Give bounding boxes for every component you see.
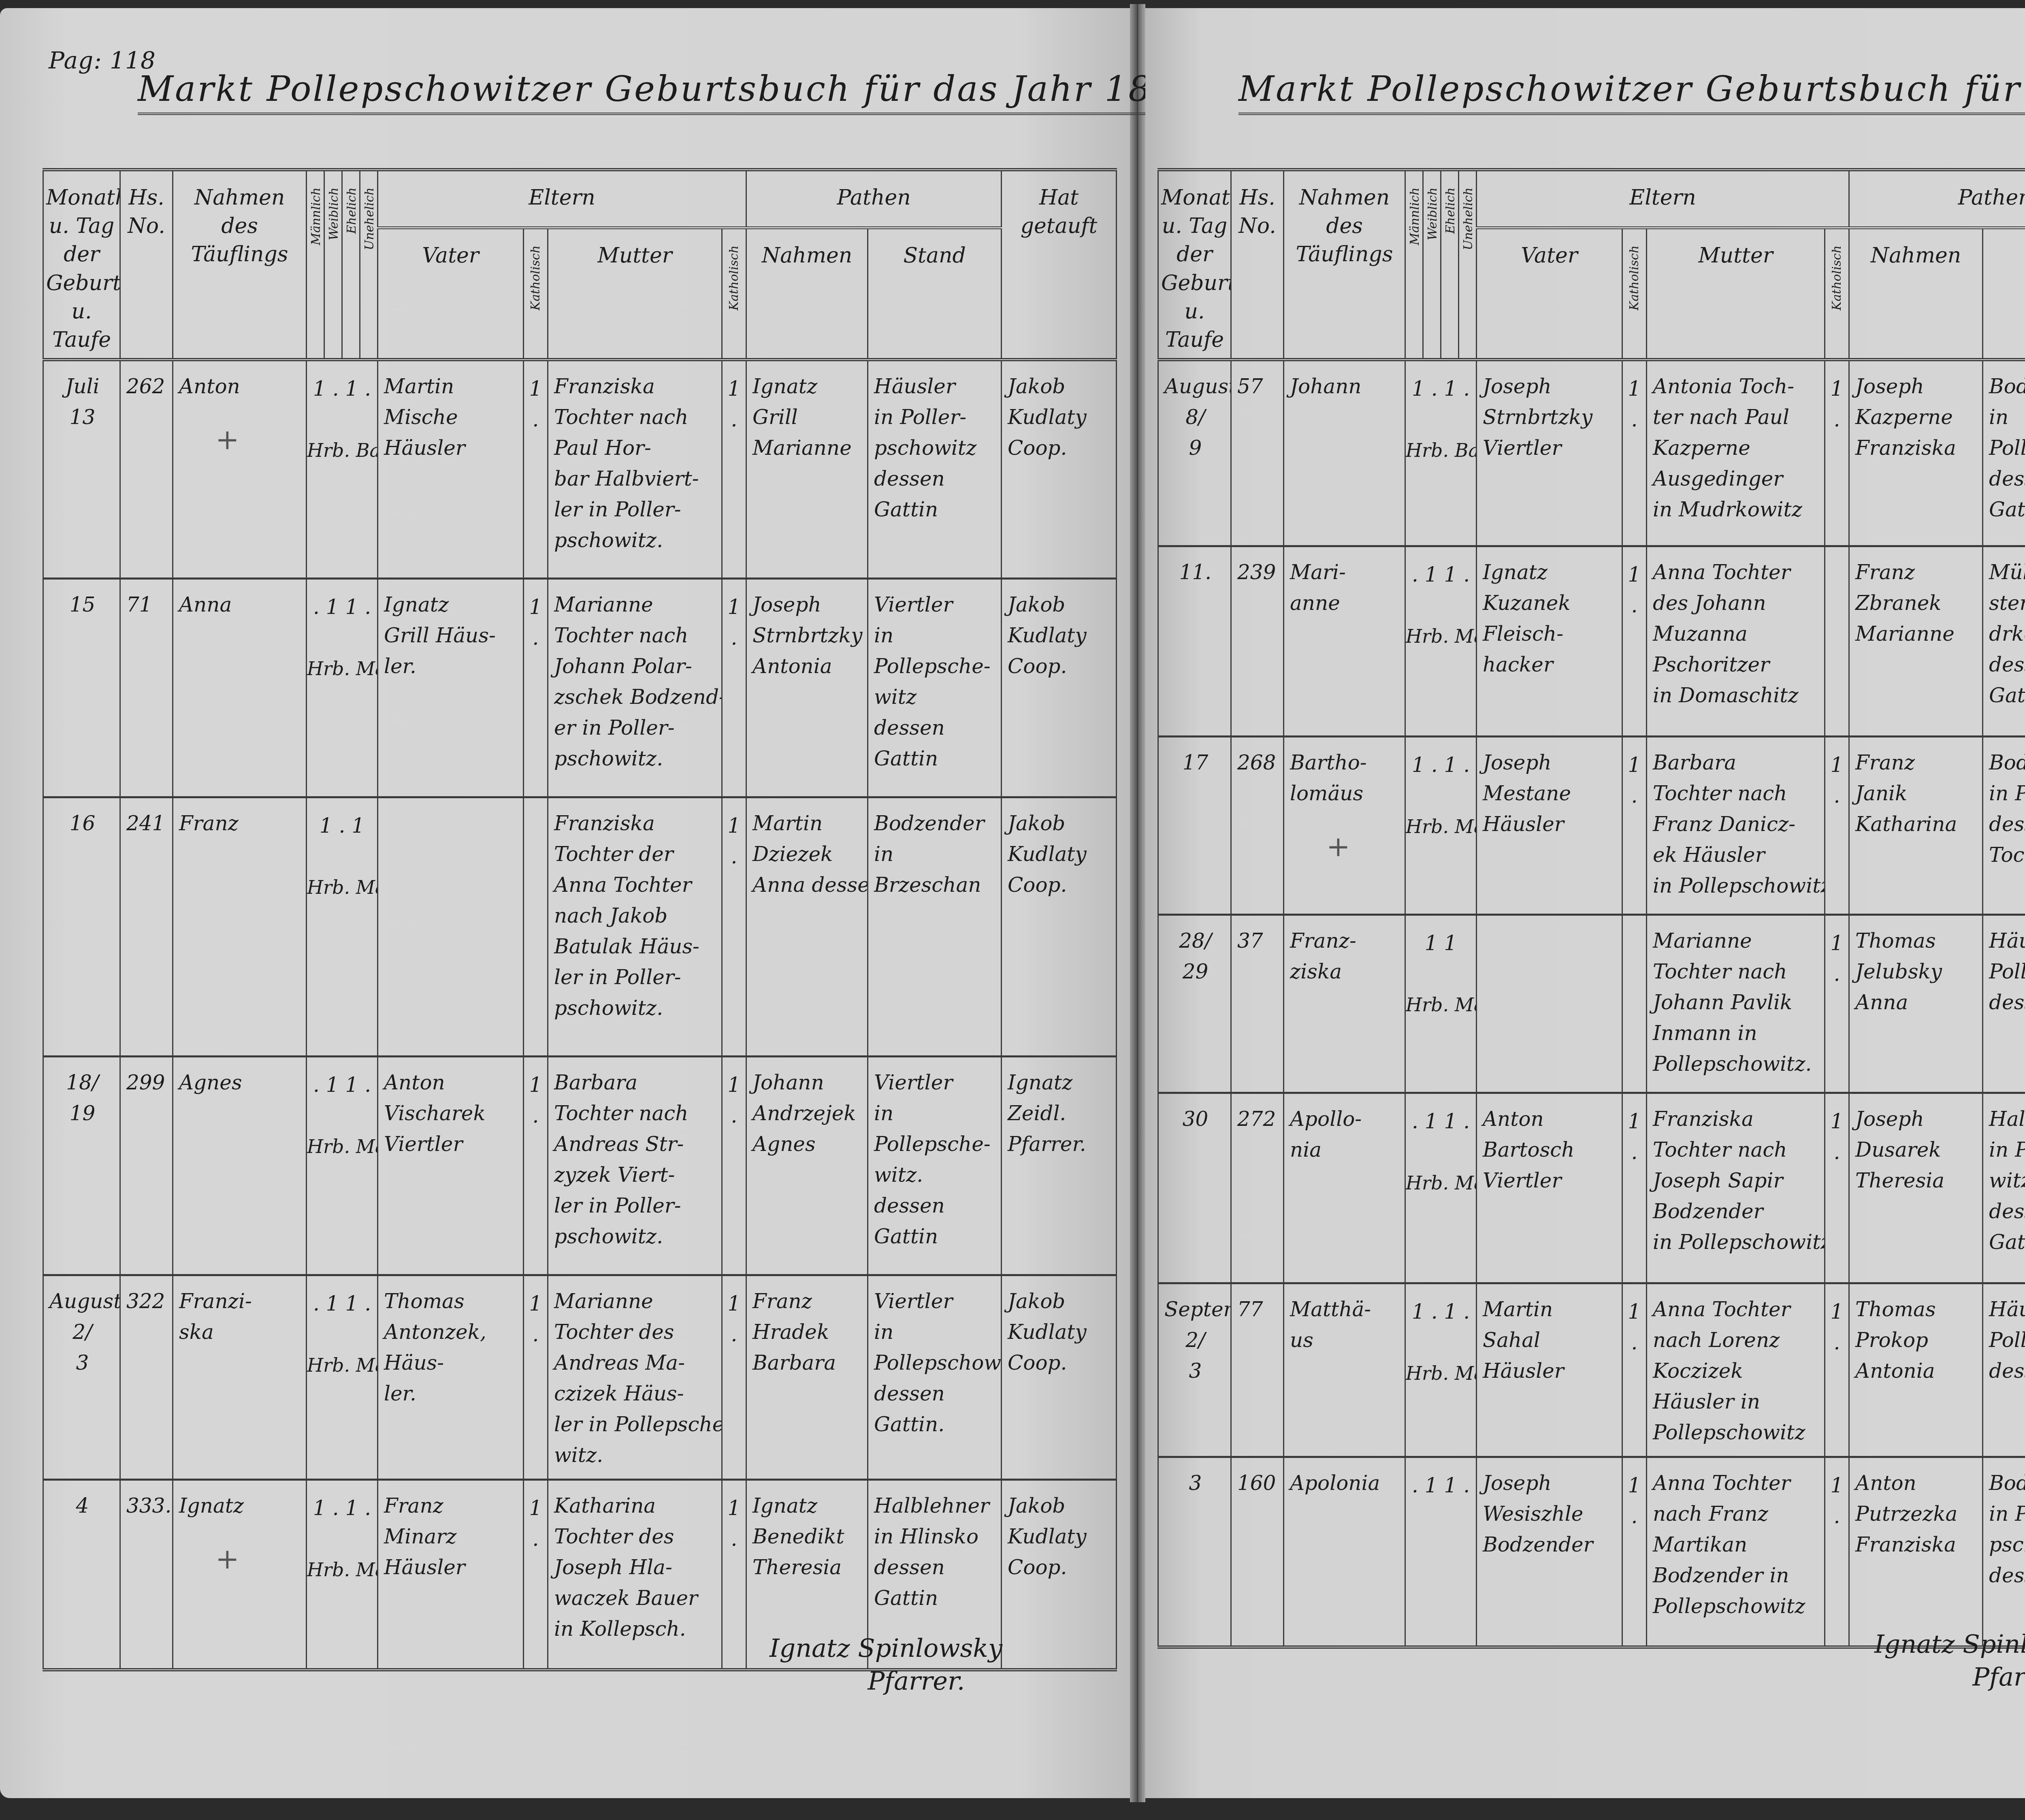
father: IgnatzKuzanekFleisch-hacker [1477,546,1622,736]
register-entries: Juli13262Anton+1 . 1 .Hrb. Barbara Marti… [43,360,1117,1670]
sex-legitimacy-marks: . 1 1 .Hrb. Marianne Bohm No. 272. [307,1056,378,1275]
pastor-signature: Ignatz Spinlowsky Pfarrer. [1874,1628,2025,1693]
child-name: Bartho-lomäus+ [1284,736,1405,914]
right-page: Pag: 119. Markt Pollepschowitzer Geburts… [1145,8,2025,1798]
col-illegitimate: Unehelich [360,170,378,360]
col-house-no: Hs. No. [120,170,173,360]
sex-legitimacy-marks: . 1 1 .Hrb. Martikan. [1405,1093,1477,1283]
godparent-status: ViertlerinPollepsche-witz.dessenGattin [868,1056,1002,1275]
house-number: 322 [120,1275,173,1479]
page-title: Markt Pollepschowitzer Geburtsbuch für d… [138,69,1213,115]
father: AntonVischarekViertler [378,1056,524,1275]
entry-date: 30 [1158,1093,1231,1283]
col-date: Monath u. Tag der Geburt u. Taufe [43,170,120,360]
godparent-status: BodzenderinPollepschowitzdessenGattin [1983,360,2025,546]
father: JosephWesiszhleBodzender [1477,1457,1622,1647]
child-name: Anton+ [173,360,307,578]
col-group-godparents: Pathen [1849,170,2025,228]
godparent-mark: 1 . [722,1056,746,1275]
mother-mark [524,797,548,1056]
child-name: Apolonia [1284,1457,1405,1647]
godparent-mark: 1 . [1825,1283,1849,1457]
house-number: 239 [1231,546,1284,736]
sex-legitimacy-marks: . 1 1 .Hrb. Marianne Bohm No. 272. [1405,546,1477,736]
entry-date: August2/3 [43,1275,120,1479]
col-group-parents: Eltern [378,170,746,228]
col-legitimate: Ehelich [1441,170,1459,360]
register-entry: 28/2937Franz-ziska1 1Hrb. Martikan.Maria… [1158,914,2025,1093]
mother: MarianneTochter desAndreas Ma-czizek Häu… [548,1275,722,1479]
deceased-cross-icon: + [215,1537,302,1580]
baptized-by: JakobKudlatyCoop. [1002,797,1117,1056]
godparent-mark: 1 . [722,360,746,578]
godparent-status: ViertlerinPollepsche-witzdessenGattin [868,578,1002,797]
father: AntonBartoschViertler [1477,1093,1622,1283]
mother: BarbaraTochter nachAndreas Str-zyzek Vie… [548,1056,722,1275]
godparent-status: BodzenderinBrzeschan [868,797,1002,1056]
register-entry: 18/19299Agnes. 1 1 .Hrb. Marianne Bohm N… [43,1056,1117,1275]
godparent-mark: 1 . [1825,360,1849,546]
child-name: Apollo-nia [1284,1093,1405,1283]
register-entry: 17268Bartho-lomäus+1 . 1 .Hrb. MartikanJ… [1158,736,2025,914]
col-date: Monath u. Tag der Geburt u. Taufe [1158,170,1231,360]
mother: FranziskaTochter nachJoseph SapirBodzend… [1647,1093,1825,1283]
sex-legitimacy-marks: 1 . 1Hrb. Martikan. [307,797,378,1056]
house-number: 299 [120,1056,173,1275]
house-number: 272 [1231,1093,1284,1283]
godparent-status: Bodzenderin PollepschowitzdessenTochter [1983,736,2025,914]
godparent-status: Müllermei-ster in Mu-drkowitzdessenGatti… [1983,546,2025,736]
midwife-note: Hrb. Marianne Bohm No. 272. [1406,1360,1476,1388]
house-number: 262 [120,360,173,578]
sex-legitimacy-marks: 1 . 1 .Hrb. Barbara Martikan No. 220. [1405,360,1477,546]
baptism-register-table: Monath u. Tag der Geburt u. Taufe Hs. No… [1157,168,2025,1649]
father: MartinSahalHäusler [1477,1283,1622,1457]
mother: FranziskaTochter nachPaul Hor-bar Halbvi… [548,360,722,578]
midwife-note: Hrb. Martikan. [307,655,377,683]
sex-legitimacy-marks: 1 . 1 .Hrb. Martikan [1405,736,1477,914]
godparent-mark: 1 . [722,797,746,1056]
mother-mark: 1 . [524,578,548,797]
register-entry: 1571Anna. 1 1 .Hrb. Martikan.IgnatzGrill… [43,578,1117,797]
godparent-names: JohannAndrzejekAgnes [746,1056,868,1275]
child-name: Franz-ziska [1284,914,1405,1093]
midwife-note: Hrb. Martikan. [307,1351,377,1380]
godparent-status: Häusler inPollepschowitzdessen Gattin [1983,914,2025,1093]
baptized-by: JakobKudlatyCoop. [1002,360,1117,578]
godparent-status: Häusler inPollepschowitzdessen Gattin [1983,1283,2025,1457]
godparent-names: JosephStrnbrtzkyAntonia [746,578,868,797]
godparent-mark: 1 . [722,1479,746,1670]
entry-date: 3 [1158,1457,1231,1647]
father: JosephStrnbrtzkyViertler [1477,360,1622,546]
register-entry: 30272Apollo-nia. 1 1 .Hrb. Martikan.Anto… [1158,1093,2025,1283]
mother: Anna Tochterdes JohannMuzannaPschoritzer… [1647,546,1825,736]
baptized-by: JakobKudlatyCoop. [1002,1275,1117,1479]
house-number: 77 [1231,1283,1284,1457]
mother: MarianneTochter nachJohann Polar-zschek … [548,578,722,797]
mother: MarianneTochter nachJohann PavlikInmann … [1647,914,1825,1093]
mother: KatharinaTochter desJoseph Hla-waczek Ba… [548,1479,722,1670]
midwife-note: Hrb. Martikan [1406,813,1476,841]
entry-date: 11. [1158,546,1231,736]
mother: FranziskaTochter derAnna Tochternach Jak… [548,797,722,1056]
entry-date: August8/9 [1158,360,1231,546]
col-group-parents: Eltern [1477,170,1849,228]
child-name: Anna [173,578,307,797]
midwife-note: Hrb. Barbara Martikan No. 220. [1406,437,1476,465]
godparent-names: FranzJanikKatharina [1849,736,1983,914]
entry-date: 15 [43,578,120,797]
sex-legitimacy-marks: . 1 1 . [1405,1457,1477,1647]
col-sex-female: Weiblich [324,170,342,360]
godparent-names: IgnatzGrillMarianne [746,360,868,578]
entry-date: 17 [1158,736,1231,914]
mother-mark: 1 . [1622,360,1647,546]
col-baptized-by: Hat getauft [1002,170,1117,360]
child-name: Agnes [173,1056,307,1275]
col-father-religion: Katholisch [524,228,548,360]
col-sex-female: Weiblich [1423,170,1441,360]
godparent-status: Häuslerin Poller-pschowitzdessenGattin [868,360,1002,578]
entry-date: 28/29 [1158,914,1231,1093]
page-title: Markt Pollepschowitzer Geburtsbuch für d… [1238,69,2025,115]
register-entry: September2/377Matthä-us1 . 1 .Hrb. Maria… [1158,1283,2025,1457]
godparent-mark: 1 . [722,1275,746,1479]
register-entry: 16241Franz1 . 1Hrb. Martikan.FranziskaTo… [43,797,1117,1056]
child-name: Mari-anne [1284,546,1405,736]
col-godparent-status: Stand [868,228,1002,360]
entry-date: September2/3 [1158,1283,1231,1457]
godparent-mark: 1 . [1825,914,1849,1093]
mother-mark: 1 . [1622,1457,1647,1647]
godparent-names: FranzHradekBarbara [746,1275,868,1479]
sex-legitimacy-marks: 1 . 1 .Hrb. Marianne Bohm No. 272. [1405,1283,1477,1457]
midwife-note: Hrb. Martikan. [307,874,377,902]
sex-legitimacy-marks: 1 . 1 .Hrb. Barbara Martikan No. 220 [307,360,378,578]
col-legitimate: Ehelich [342,170,360,360]
godparent-names: MartinDziezekAnna dessen Gattin [746,797,868,1056]
godparent-mark: 1 . [722,578,746,797]
col-father: Vater [378,228,524,360]
midwife-note: Hrb. Marianne Bohm No. 272. [1406,622,1476,651]
godparent-names: FranzZbranekMarianne [1849,546,1983,736]
col-mother: Mutter [1647,228,1825,360]
mother-mark: 1 . [524,1056,548,1275]
mother-mark: 1 . [1622,546,1647,736]
mother: Anna Tochternach LorenzKoczizekHäusler i… [1647,1283,1825,1457]
col-sex-male: Männlich [1405,170,1423,360]
entry-date: 4 [43,1479,120,1670]
midwife-note: Hrb. Marianne Bohm No. 272. [307,1133,377,1161]
baptized-by: JakobKudlatyCoop. [1002,1479,1117,1670]
godparent-names: JosephDusarekTheresia [1849,1093,1983,1283]
col-godparent-name: Nahmen [746,228,868,360]
child-name: Johann [1284,360,1405,546]
col-house-no: Hs. No. [1231,170,1284,360]
col-father-religion: Katholisch [1622,228,1647,360]
mother-mark: 1 . [524,1275,548,1479]
sex-legitimacy-marks: . 1 1 .Hrb. Martikan. [307,1275,378,1479]
baptized-by: JakobKudlatyCoop. [1002,578,1117,797]
mother: BarbaraTochter nachFranz Danicz-ek Häusl… [1647,736,1825,914]
entry-date: 16 [43,797,120,1056]
col-mother-religion: Katholisch [1825,228,1849,360]
mother-mark: 1 . [1622,736,1647,914]
book-spread: Pag: 118 Markt Pollepschowitzer Geburtsb… [0,0,2025,1820]
entry-date: 18/19 [43,1056,120,1275]
register-entry: August8/957Johann1 . 1 .Hrb. Barbara Mar… [1158,360,2025,546]
godparent-status: Halbviertlerin Pollepsche-witz.dessenGat… [1983,1093,2025,1283]
midwife-note: Hrb. Martikan. [1406,991,1476,1019]
mother-mark: 1 . [524,360,548,578]
sex-legitimacy-marks: 1 . 1 .Hrb. Martikan. [307,1479,378,1670]
midwife-note: Hrb. Barbara Martikan No. 220 [307,437,377,465]
col-father: Vater [1477,228,1622,360]
godparent-names: AntonPutrzezkaFranziska [1849,1457,1983,1647]
register-entry: 11.239Mari-anne. 1 1 .Hrb. Marianne Bohm… [1158,546,2025,736]
father: IgnatzGrill Häus-ler. [378,578,524,797]
house-number: 37 [1231,914,1284,1093]
father: ThomasAntonzek,Häus-ler. [378,1275,524,1479]
col-godparent-name: Nahmen [1849,228,1983,360]
midwife-note: Hrb. Martikan. [1406,1169,1476,1198]
godparent-status: Bodzenderin Poller-pschowitzdessen Gatti… [1983,1457,2025,1647]
father [378,797,524,1056]
godparent-status: ViertlerinPollepschowitzdessenGattin. [868,1275,1002,1479]
col-illegitimate: Unehelich [1459,170,1477,360]
father: MartinMischeHäusler [378,360,524,578]
child-name: Ignatz+ [173,1479,307,1670]
register-entries: August8/957Johann1 . 1 .Hrb. Barbara Mar… [1158,360,2025,1647]
child-name: Franz [173,797,307,1056]
godparent-names: JosephKazperneFranziska [1849,360,1983,546]
godparent-mark [1825,546,1849,736]
father: FranzMinarzHäusler [378,1479,524,1670]
col-child-name: Nahmen des Täuflings [173,170,307,360]
col-sex-male: Männlich [307,170,324,360]
mother-mark [1622,914,1647,1093]
col-child-name: Nahmen des Täuflings [1284,170,1405,360]
pastor-signature: Ignatz Spinlowsky Pfarrer. [769,1632,1002,1697]
house-number: 268 [1231,736,1284,914]
deceased-cross-icon: + [215,418,302,461]
godparent-names: ThomasJelubskyAnna [1849,914,1983,1093]
entry-date: Juli13 [43,360,120,578]
father: JosephMestaneHäusler [1477,736,1622,914]
godparent-mark: 1 . [1825,1093,1849,1283]
col-godparent-status: Stand [1983,228,2025,360]
deceased-cross-icon: + [1326,825,1400,868]
col-group-godparents: Pathen [746,170,1002,228]
register-entry: August2/3322Franzi-ska. 1 1 .Hrb. Martik… [43,1275,1117,1479]
col-mother: Mutter [548,228,722,360]
midwife-note: Hrb. Martikan. [307,1556,377,1584]
house-number: 71 [120,578,173,797]
mother: Anna Tochternach FranzMartikanBodzender … [1647,1457,1825,1647]
house-number: 241 [120,797,173,1056]
left-page: Pag: 118 Markt Pollepschowitzer Geburtsb… [0,8,1130,1798]
house-number: 57 [1231,360,1284,546]
book-spine [1130,4,1145,1802]
baptism-register-table: Monath u. Tag der Geburt u. Taufe Hs. No… [43,168,1117,1671]
sex-legitimacy-marks: . 1 1 .Hrb. Martikan. [307,578,378,797]
baptized-by: IgnatzZeidl.Pfarrer. [1002,1056,1117,1275]
house-number: 333. [120,1479,173,1670]
child-name: Matthä-us [1284,1283,1405,1457]
register-entry: Juli13262Anton+1 . 1 .Hrb. Barbara Marti… [43,360,1117,578]
godparent-names: ThomasProkopAntonia [1849,1283,1983,1457]
mother-mark: 1 . [524,1479,548,1670]
child-name: Franzi-ska [173,1275,307,1479]
mother: Antonia Toch-ter nach PaulKazperneAusged… [1647,360,1825,546]
godparent-mark: 1 . [1825,1457,1849,1647]
mother-mark: 1 . [1622,1093,1647,1283]
register-entry: 3160Apolonia. 1 1 .JosephWesiszhleBodzen… [1158,1457,2025,1647]
mother-mark: 1 . [1622,1283,1647,1457]
col-mother-religion: Katholisch [722,228,746,360]
house-number: 160 [1231,1457,1284,1647]
sex-legitimacy-marks: 1 1Hrb. Martikan. [1405,914,1477,1093]
godparent-mark: 1 . [1825,736,1849,914]
father [1477,914,1622,1093]
